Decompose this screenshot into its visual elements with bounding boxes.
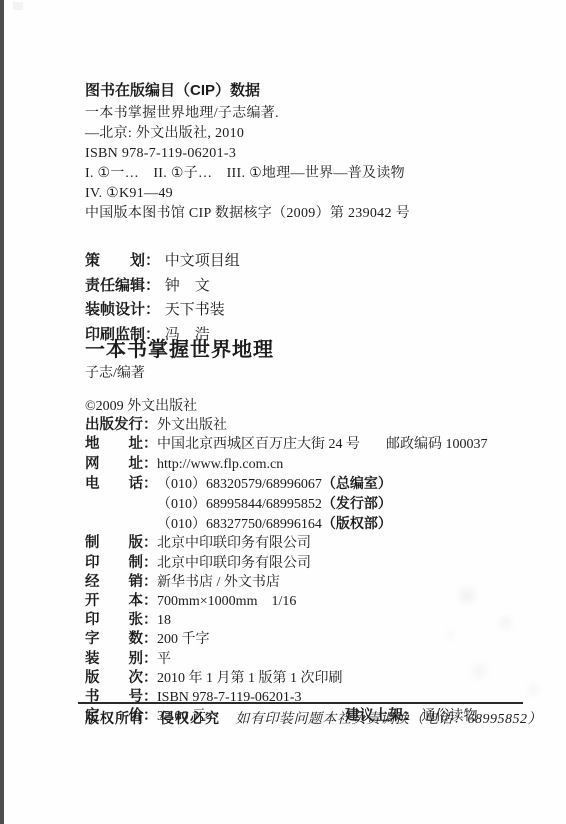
colophon-label: 地 址： [85,435,157,453]
department-name: （版权部） [322,515,392,531]
colophon-label: 印 制： [85,554,157,572]
colophon-label: 字 数： [85,630,157,648]
colophon-label: 版 次： [85,669,157,687]
cip-line: I. ①一… II. ①子… III. ①地理—世界—普及读物 [85,164,410,184]
colophon-value: http://www.flp.com.cn [157,457,283,472]
department-name: （总编室） [322,475,392,491]
colophon-label: 出版发行： [85,416,157,434]
cip-line: —北京: 外文出版社, 2010 [85,124,410,144]
cip-line: IV. ①K91—49 [85,184,410,204]
staff-row: 策 划： 中文项目组 [85,249,240,274]
staff-label: 责任编辑： [85,274,161,298]
staff-row: 装帧设计： 天下书装 [85,298,240,323]
phone-number: （010）68327750/68996164 [157,517,322,532]
copyright-line: ©2009 外文出版社 [85,398,488,416]
colophon-value: 200 千字 [157,632,210,647]
colophon-row: 印 制：北京中印联印务有限公司 [85,554,488,573]
copyright-page: 图书在版编目（CIP）数据 一本书掌握世界地理/子志编著. —北京: 外文出版社… [0,0,566,824]
colophon-label: 制 版： [85,534,157,552]
colophon-value: 北京中印联印务有限公司 [157,556,311,571]
scan-edge-strip [0,0,4,824]
colophon-value: 平 [157,652,171,667]
colophon-value: 中国北京西城区百万庄大街 24 号 [157,437,360,452]
colophon-row: 网 址：http://www.flp.com.cn [85,455,488,474]
cip-block: 图书在版编目（CIP）数据 一本书掌握世界地理/子志编著. —北京: 外文出版社… [85,80,410,224]
colophon-label: 经 销： [85,573,157,591]
staff-label: 装帧设计： [85,298,161,322]
book-title: 一本书掌握世界地理 [85,337,274,363]
department-name: （发行部） [322,495,392,511]
colophon-label: 开 本： [85,592,157,610]
colophon-label: 印 张： [85,611,157,629]
colophon-label: 装 别： [85,650,157,668]
staff-label: 策 划： [85,249,161,273]
book-author: 子志/编著 [85,363,274,385]
copyright-notice: 版权所有 侵权必究 [85,710,220,726]
colophon-row: （010）68327750/68996164（版权部） [85,514,488,534]
scan-artifact [13,2,23,10]
colophon-value: 新华书店 / 外文书店 [157,575,280,590]
cip-line: ISBN 978-7-119-06201-3 [85,144,410,164]
cip-line: 一本书掌握世界地理/子志编著. [85,104,410,124]
title-block: 一本书掌握世界地理 子志/编著 [85,337,274,385]
colophon-value: 北京中印联印务有限公司 [157,536,311,551]
colophon-row: 出版发行：外文出版社 [85,416,488,435]
staff-value: 钟 文 [165,278,210,294]
colophon-row: 制 版：北京中印联印务有限公司 [85,534,488,553]
colophon-row: 书 号：ISBN 978-7-119-06201-3 [85,688,488,707]
colophon-value: 18 [157,613,171,628]
colophon-value: 2010 年 1 月第 1 版第 1 次印刷 [157,671,343,686]
staff-block: 策 划： 中文项目组 责任编辑： 钟 文 装帧设计： 天下书装 印刷监制： 冯 … [85,249,240,347]
staff-value: 中文项目组 [165,253,240,269]
cip-heading: 图书在版编目（CIP）数据 [85,80,410,102]
colophon-row: 地 址：中国北京西城区百万庄大街 24 号邮政编码 100037 [85,435,488,454]
staff-row: 责任编辑： 钟 文 [85,274,240,299]
colophon-block: ©2009 外文出版社 出版发行：外文出版社 地 址：中国北京西城区百万庄大街 … [85,398,488,726]
colophon-row: 电 话：（010）68320579/68996067（总编室） [85,474,488,494]
colophon-value: 700mm×1000mm 1/16 [157,594,296,609]
colophon-label: 电 话： [85,475,157,493]
phone-number: （010）68995844/68995852 [157,497,322,512]
colophon-row: 版 次：2010 年 1 月第 1 版第 1 次印刷 [85,669,488,688]
colophon-row: （010）68995844/68995852（发行部） [85,494,488,514]
postal-code: 邮政编码 100037 [386,437,488,452]
phone-number: （010）68320579/68996067 [157,477,322,492]
colophon-label: 网 址： [85,455,157,473]
cip-line: 中国版本图书馆 CIP 数据核字（2009）第 239042 号 [85,204,410,224]
colophon-value: 外文出版社 [157,418,227,433]
staff-value: 天下书装 [165,302,225,318]
